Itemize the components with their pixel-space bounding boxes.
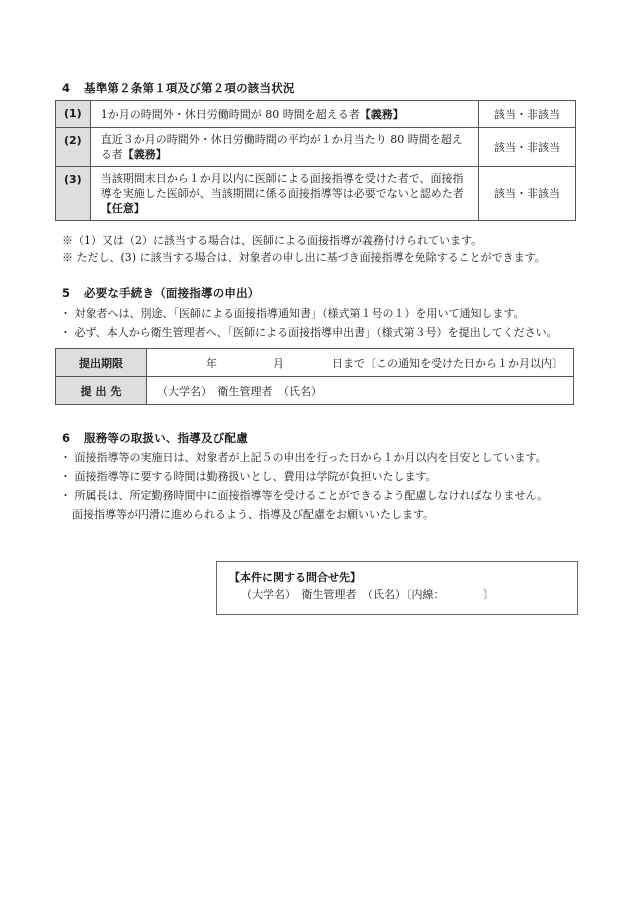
section-4-title: 基準第２条第１項及び第２項の該当状況 xyxy=(84,81,295,95)
section-4-heading: 4基準第２条第１項及び第２項の該当状況 xyxy=(62,80,295,96)
deadline-year: 年 xyxy=(206,355,217,371)
section-6-number: 6 xyxy=(62,431,84,445)
contact-box: 【本件に関する問合せ先】 （大学名） 衛生管理者 （氏名）〔内線： 〕 xyxy=(216,561,578,615)
row-description: 直近３か月の時間外・休日労働時間の平均が１か月当たり 80 時間を超える者【義務… xyxy=(90,128,478,167)
deadline-row: 提出期限 年 月 日まで〔この通知を受けた日から１か月以内〕 xyxy=(56,349,574,377)
bullet-item: ・ 面接指導等の実施日は、対象者が上記５の申出を行った日から１か月以内を目安とし… xyxy=(60,448,548,467)
submission-table: 提出期限 年 月 日まで〔この通知を受けた日から１か月以内〕 提 出 先 （大学… xyxy=(55,348,574,405)
bullet-item: ・ 所属長は、所定勤務時間中に面接指導等を受けることができるよう配慮しなければな… xyxy=(60,486,548,505)
applicability-choice[interactable]: 該当・非該当 xyxy=(479,167,576,221)
recipient-row: 提 出 先 （大学名） 衛生管理者 （氏名） xyxy=(56,377,574,405)
row-text: 当該期間末日から１か月以内に医師による面接指導を受けた者で、面接指導を実施した医… xyxy=(101,172,464,200)
section-6-title: 服務等の取扱い、指導及び配慮 xyxy=(84,431,248,445)
row-text: 1か月の時間外・休日労働時間が 80 時間を超える者 xyxy=(101,108,360,121)
section-4-notes: ※（1）又は（2）に該当する場合は、医師による面接指導が義務付けられています。 … xyxy=(62,232,546,266)
document-page: 4基準第２条第１項及び第２項の該当状況 (1) 1か月の時間外・休日労働時間が … xyxy=(0,0,630,903)
bullet-item: ・ 対象者へは、別途、「医師による面接指導通知書」（様式第１号の１）を用いて通知… xyxy=(60,304,558,323)
section-5-number: 5 xyxy=(62,286,84,300)
applicability-choice[interactable]: 該当・非該当 xyxy=(479,128,576,167)
applicability-choice[interactable]: 該当・非該当 xyxy=(479,101,576,128)
row-tag: 【義務】 xyxy=(360,108,404,121)
row-tag: 【義務】 xyxy=(123,148,167,161)
recipient-value[interactable]: （大学名） 衛生管理者 （氏名） xyxy=(147,377,574,405)
section-4-number: 4 xyxy=(62,81,84,95)
status-row: (2) 直近３か月の時間外・休日労働時間の平均が１か月当たり 80 時間を超える… xyxy=(56,128,576,167)
recipient-label: 提 出 先 xyxy=(56,377,147,405)
section-6-heading: 6服務等の取扱い、指導及び配慮 xyxy=(62,430,248,446)
note-line: ※ ただし、(3) に該当する場合は、対象者の申し出に基づき面接指導を免除するこ… xyxy=(62,249,546,266)
row-description: 当該期間末日から１か月以内に医師による面接指導を受けた者で、面接指導を実施した医… xyxy=(90,167,478,221)
bullet-continuation: 面接指導等が円滑に進められるよう、指導及び配慮をお願いいたします。 xyxy=(60,505,548,524)
status-row: (3) 当該期間末日から１か月以内に医師による面接指導を受けた者で、面接指導を実… xyxy=(56,167,576,221)
status-row: (1) 1か月の時間外・休日労働時間が 80 時間を超える者【義務】 該当・非該… xyxy=(56,101,576,128)
section-6-bullets: ・ 面接指導等の実施日は、対象者が上記５の申出を行った日から１か月以内を目安とし… xyxy=(60,448,548,524)
row-number: (2) xyxy=(56,128,91,167)
bullet-item: ・ 必ず、本人から衛生管理者へ、「医師による面接指導申出書」（様式第３号）を提出… xyxy=(60,323,558,342)
deadline-label: 提出期限 xyxy=(56,349,147,377)
row-number: (3) xyxy=(56,167,91,221)
status-table: (1) 1か月の時間外・休日労働時間が 80 時間を超える者【義務】 該当・非該… xyxy=(55,100,576,221)
deadline-field[interactable]: 年 月 日まで〔この通知を受けた日から１か月以内〕 xyxy=(147,349,574,377)
row-tag: 【任意】 xyxy=(101,202,145,215)
contact-title: 【本件に関する問合せ先】 xyxy=(229,570,565,586)
section-5-title: 必要な手続き（面接指導の申出） xyxy=(84,286,260,300)
note-line: ※（1）又は（2）に該当する場合は、医師による面接指導が義務付けられています。 xyxy=(62,232,546,249)
deadline-month: 月 xyxy=(273,355,284,371)
row-description: 1か月の時間外・休日労働時間が 80 時間を超える者【義務】 xyxy=(90,101,478,128)
deadline-day: 日まで〔この通知を受けた日から１か月以内〕 xyxy=(332,355,563,371)
section-5-bullets: ・ 対象者へは、別途、「医師による面接指導通知書」（様式第１号の１）を用いて通知… xyxy=(60,304,558,342)
contact-body: （大学名） 衛生管理者 （氏名）〔内線： 〕 xyxy=(229,586,565,604)
row-number: (1) xyxy=(56,101,91,128)
bullet-item: ・ 面接指導等に要する時間は勤務扱いとし、費用は学院が負担いたします。 xyxy=(60,467,548,486)
section-5-heading: 5必要な手続き（面接指導の申出） xyxy=(62,285,260,301)
